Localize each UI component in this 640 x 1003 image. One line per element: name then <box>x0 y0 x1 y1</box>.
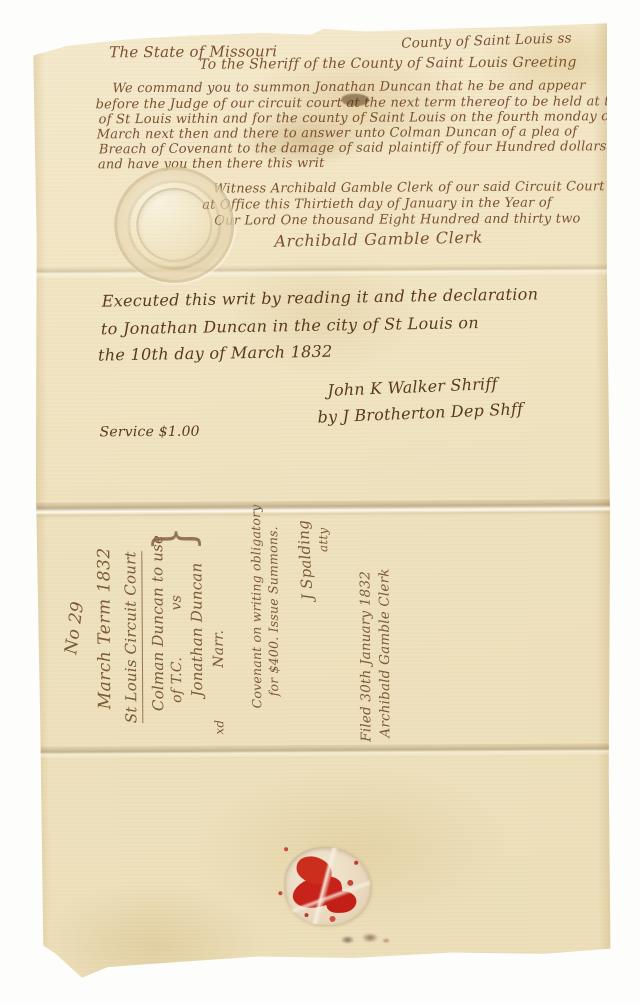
ink-blot <box>341 94 369 106</box>
red-wax-seal-icon <box>284 847 370 926</box>
wax-seal-crack <box>284 847 370 926</box>
filed-clerk-signature: Archibald Gamble Clerk <box>376 568 393 737</box>
docket-section: No 29 March Term 1832 St Louis Circuit C… <box>58 513 404 750</box>
circuit-court-embossed-seal-icon <box>114 167 235 284</box>
faded-ink-marks <box>327 929 397 949</box>
document-paper: The State of Missouri County of Saint Lo… <box>33 23 613 984</box>
docket-case-number: No 29 <box>61 600 88 655</box>
clerk-signature: Archibald Gamble Clerk <box>274 228 483 251</box>
docket-narr: Narr. <box>211 630 227 668</box>
docket-xd-mark: xd <box>212 720 226 735</box>
witness-line: at Office this Thirtieth day of January … <box>202 196 552 213</box>
docket-brace: } <box>142 527 205 551</box>
scanned-document-page: The State of Missouri County of Saint Lo… <box>0 0 640 1003</box>
writ-body-line: and have you then there this writ <box>98 156 325 172</box>
writ-body-line: Breach of Covenant to the damage of said… <box>99 139 607 157</box>
fold-crease-top <box>35 263 609 279</box>
return-line: the 10th day of March 1832 <box>98 342 333 365</box>
attorney-title: atty <box>316 528 330 552</box>
writ-section: The State of Missouri County of Saint Lo… <box>33 23 607 27</box>
sheriff-signature: John K Walker Shriff <box>327 374 498 400</box>
witness-line: Witness Archibald Gamble Clerk of our sa… <box>213 179 605 196</box>
salutation-line: To the Sheriff of the County of Saint Lo… <box>199 54 576 72</box>
docket-plaintiff: Colman Duncan to use <box>148 535 167 711</box>
docket-court: St Louis Circuit Court <box>121 551 143 723</box>
filed-line: Filed 30th January 1832 <box>357 571 374 742</box>
deputy-signature: by J Brotherton Dep Shff <box>317 399 523 426</box>
attorney-signature: J Spalding <box>294 520 317 601</box>
docket-plaintiff-use: of T.C. vs <box>169 595 186 703</box>
service-return-section: Executed this writ by reading it and the… <box>33 23 607 27</box>
return-line: Executed this writ by reading it and the… <box>102 284 539 310</box>
docket-marks: xd Narr. <box>211 630 228 735</box>
service-fee-note: Service $1.00 <box>100 424 200 441</box>
wax-seal-specks <box>284 847 288 851</box>
witness-line: Our Lord One thousand Eight Hundred and … <box>214 211 580 228</box>
docket-action-line: for $400. Issue Summons. <box>265 526 281 696</box>
docket-term: March Term 1832 <box>94 547 115 709</box>
county-caption: County of Saint Louis ss <box>401 30 572 51</box>
docket-action-line: Covenant on writing obligatory <box>248 504 264 708</box>
docket-defendant: Jonathan Duncan <box>187 563 206 697</box>
return-line: to Jonathan Duncan in the city of St Lou… <box>101 313 479 338</box>
docket-plaintiff-use-text: of T.C. <box>169 657 185 703</box>
docket-versus: vs <box>169 595 185 611</box>
